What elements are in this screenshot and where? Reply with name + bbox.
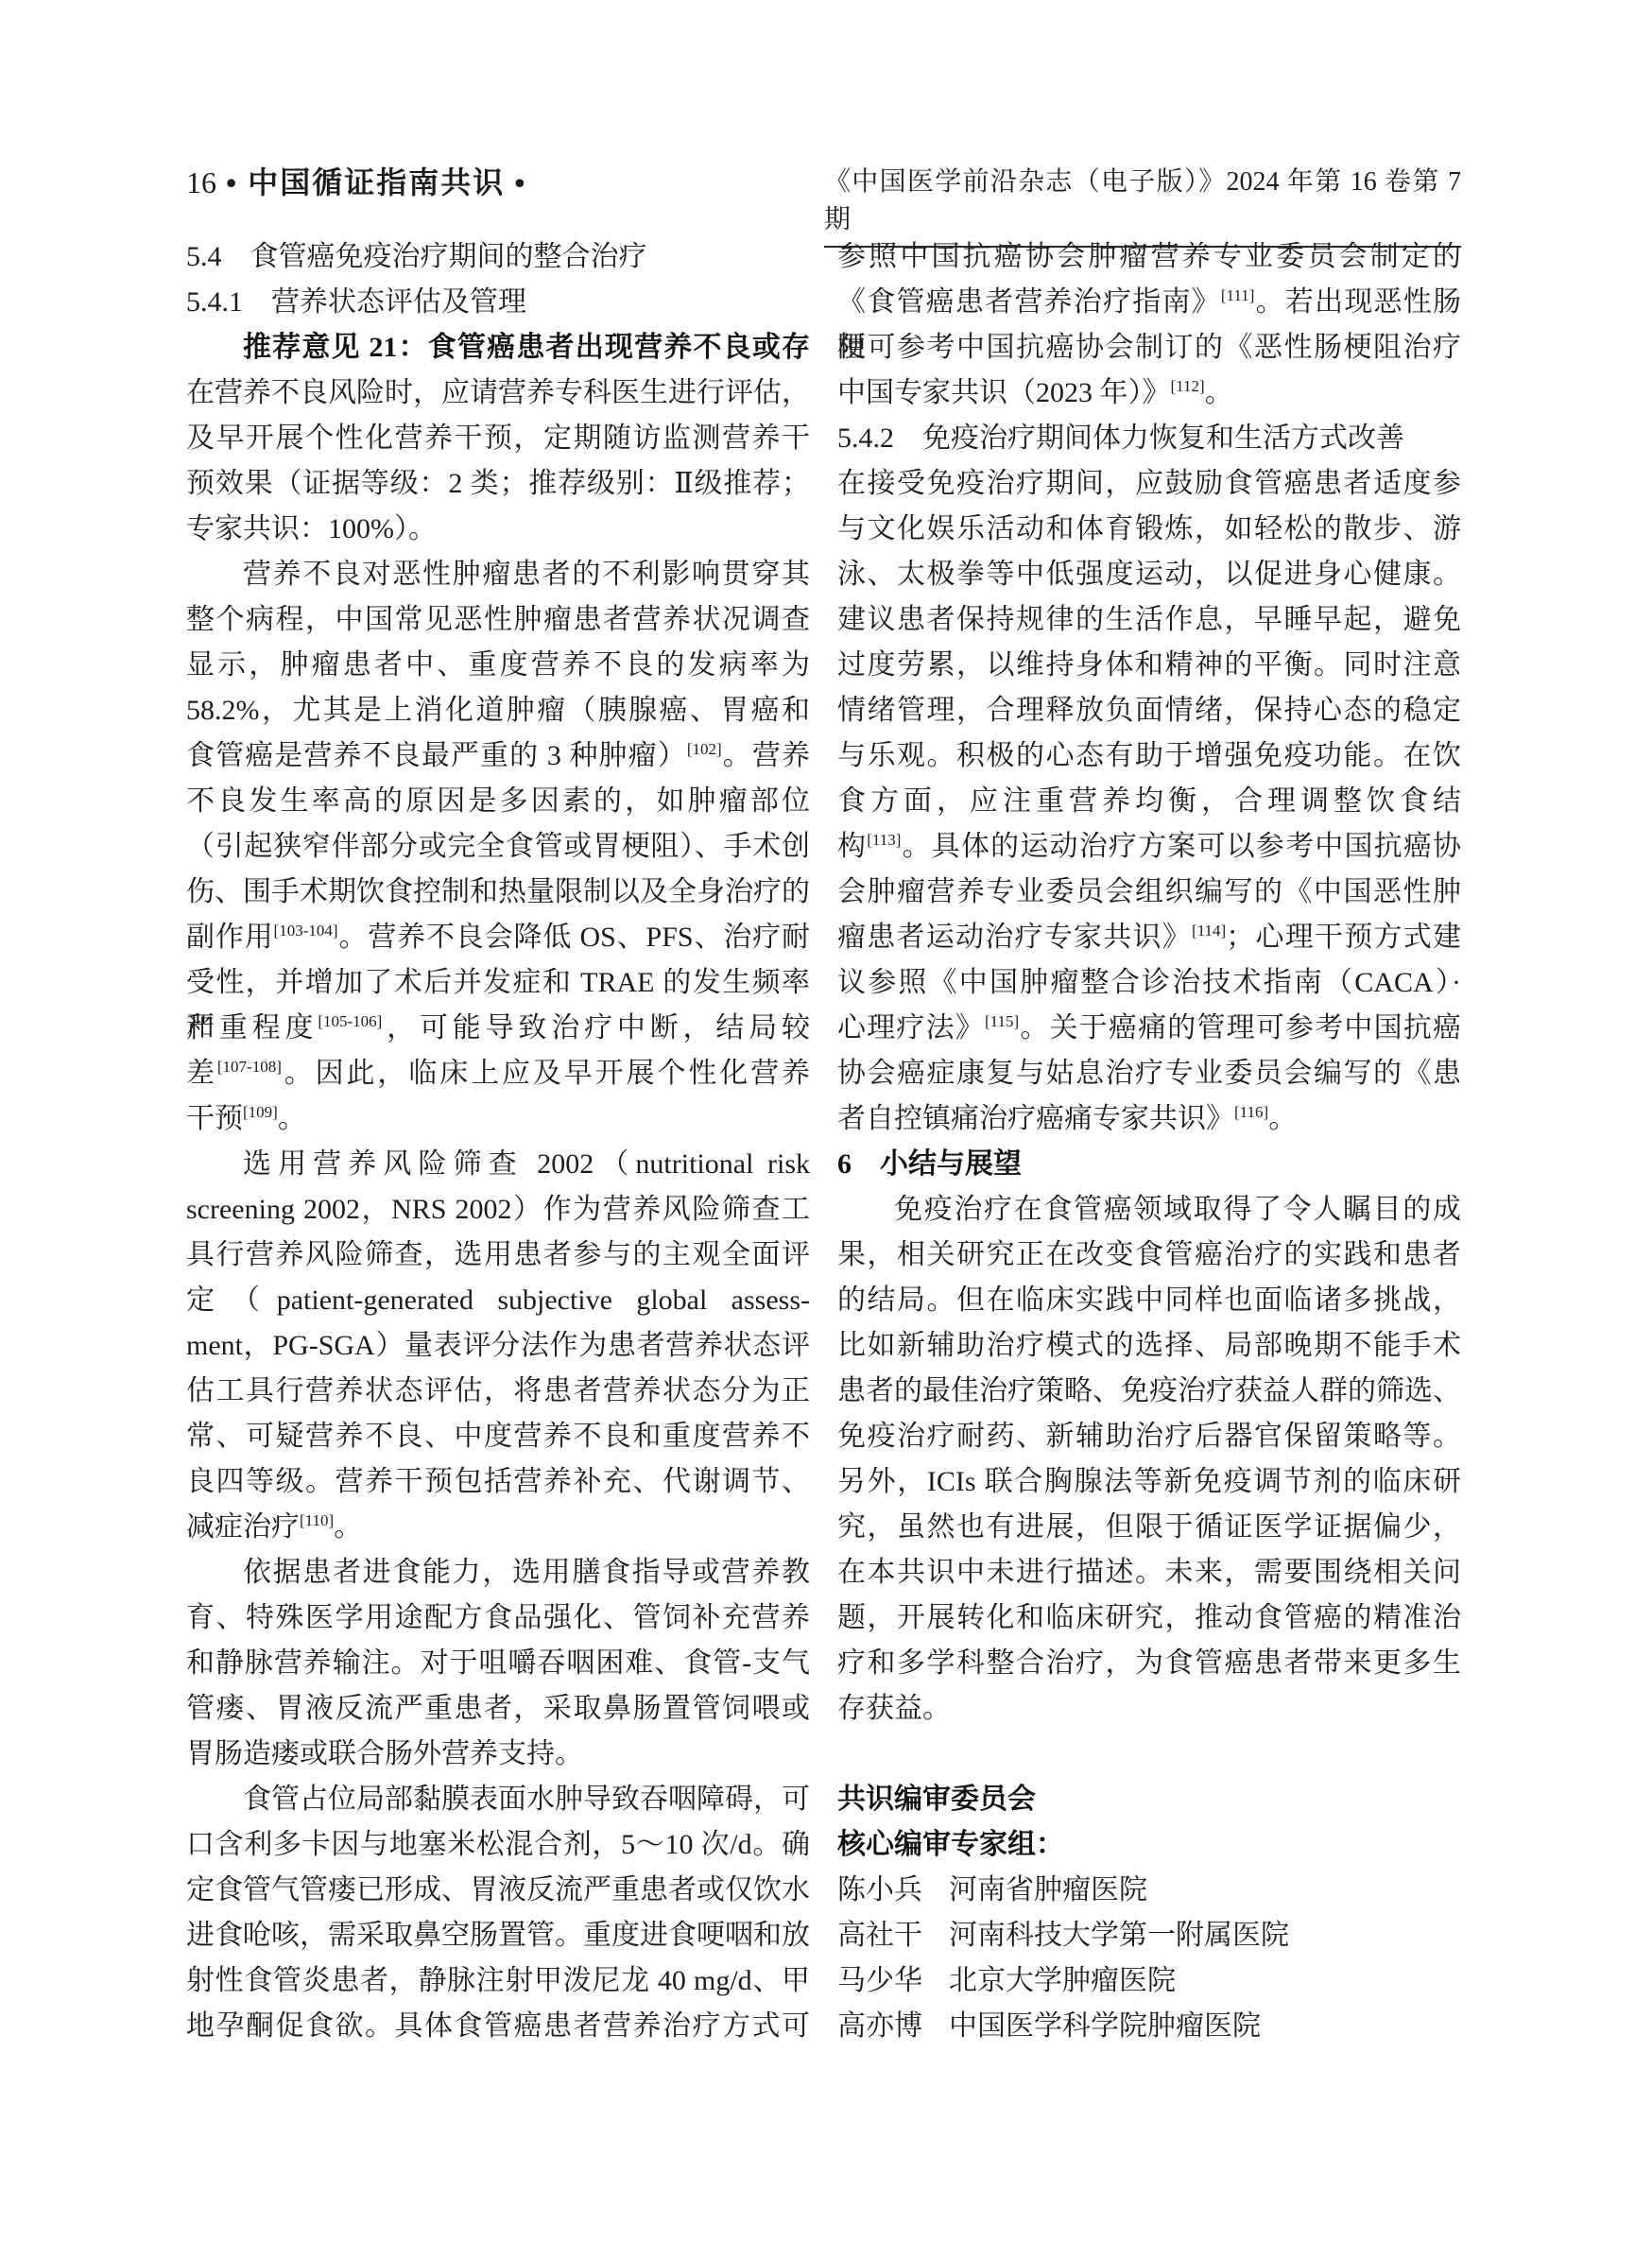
expert-name: 马少华: [837, 1958, 949, 2004]
reference-superscript: [105-106]: [318, 1012, 382, 1030]
text-line: 果，相关研究正在改变食管癌治疗的实践和患者: [837, 1233, 1461, 1278]
text-line: 育、特殊医学用途配方食品强化、管饲补充营养: [186, 1595, 810, 1641]
reference-superscript: [114]: [1192, 922, 1226, 940]
text-line: 建议患者保持规律的生活作息，早睡早起，避免: [837, 597, 1461, 643]
text-line: 推荐意见 21：食管癌患者出现营养不良或存: [186, 325, 810, 371]
text-line: 《食管癌患者营养治疗指南》[111]。若出现恶性肠梗: [837, 280, 1461, 325]
reference-superscript: [110]: [300, 1511, 334, 1529]
text-line: 选用营养风险筛查 2002（nutritional risk: [186, 1142, 810, 1187]
reference-superscript: [113]: [867, 831, 901, 849]
page-number: 16: [186, 165, 216, 199]
text-line: 阻可参考中国抗癌协会制订的《恶性肠梗阻治疗: [837, 325, 1461, 371]
page-header-left: 16• 中国循证指南共识 •: [186, 159, 526, 202]
text-line: 免疫治疗耐药、新辅助治疗后器官保留策略等。: [837, 1414, 1461, 1459]
text-line: 5.4 食管癌免疫治疗期间的整合治疗: [186, 234, 810, 280]
text-line: 泳、太极拳等中低强度运动，以促进身心健康。: [837, 552, 1461, 597]
text-line: [837, 1732, 1461, 1777]
text-line: 题，开展转化和临床研究，推动食管癌的精准治: [837, 1595, 1461, 1641]
text-line: 显示，肿瘤患者中、重度营养不良的发病率为: [186, 643, 810, 688]
text-line: 另外，ICIs 联合胸腺法等新免疫调节剂的临床研: [837, 1459, 1461, 1505]
reference-superscript: [115]: [985, 1012, 1019, 1030]
text-line: 核心编审专家组：: [837, 1822, 1461, 1868]
reference-superscript: [109]: [243, 1103, 278, 1121]
text-line: 议参照《中国肿瘤整合诊治技术指南（CACA）·: [837, 960, 1461, 1006]
text-line: 食方面，应注重营养均衡，合理调整饮食结: [837, 779, 1461, 824]
text-line: 患者的最佳治疗策略、免疫治疗获益人群的筛选、: [837, 1369, 1461, 1414]
text-line: 常、可疑营养不良、中度营养不良和重度营养不: [186, 1414, 810, 1459]
text-line: 参照中国抗癌协会肿瘤营养专业委员会制定的: [837, 234, 1461, 280]
column-title: • 中国循证指南共识 •: [226, 165, 526, 199]
text-line: 射性食管炎患者，静脉注射甲泼尼龙 40 mg/d、甲: [186, 1958, 810, 2004]
text-line: 伤、围手术期饮食控制和热量限制以及全身治疗的: [186, 870, 810, 915]
text-line: 地孕酮促食欲。具体食管癌患者营养治疗方式可: [186, 2004, 810, 2049]
right-column: 参照中国抗癌协会肿瘤营养专业委员会制定的《食管癌患者营养治疗指南》[111]。若…: [837, 234, 1461, 2049]
text-line: 情绪管理，合理释放负面情绪，保持心态的稳定: [837, 688, 1461, 733]
text-line: 免疫治疗在食管癌领域取得了令人瞩目的成: [837, 1187, 1461, 1233]
expert-org: 河南省肿瘤医院: [949, 1868, 1461, 1913]
journal-info: 《中国医学前沿杂志（电子版）》2024 年第 16 卷第 7 期: [824, 167, 1461, 234]
expert-name: 高亦博: [837, 2004, 949, 2049]
text-line: 和静脉营养输注。对于咀嚼吞咽困难、食管-支气: [186, 1641, 810, 1686]
text-line: （引起狭窄伴部分或完全食管或胃梗阻）、手术创: [186, 824, 810, 870]
expert-org: 河南科技大学第一附属医院: [949, 1913, 1461, 1958]
text-line: 究，虽然也有进展，但限于循证医学证据偏少，: [837, 1505, 1461, 1550]
text-line: 者自控镇痛治疗癌痛专家共识》[116]。: [837, 1096, 1461, 1142]
text-line: 在本共识中未进行描述。未来，需要围绕相关问: [837, 1550, 1461, 1595]
text-line: 会肿瘤营养专业委员会组织编写的《中国恶性肿: [837, 870, 1461, 915]
text-line: 预效果（证据等级：2 类；推荐级别：Ⅱ级推荐；: [186, 461, 810, 507]
text-line: 在营养不良风险时，应请营养专科医生进行评估，: [186, 371, 810, 416]
text-line: 定食管气管瘘已形成、胃液反流严重患者或仅饮水: [186, 1868, 810, 1913]
text-line: 在接受免疫治疗期间，应鼓励食管癌患者适度参: [837, 461, 1461, 507]
expert-row: 高亦博中国医学科学院肿瘤医院: [837, 2004, 1461, 2049]
text-line: 6 小结与展望: [837, 1142, 1461, 1187]
text-line: 具行营养风险筛查，选用患者参与的主观全面评: [186, 1233, 810, 1278]
text-line: 整个病程，中国常见恶性肿瘤患者营养状况调查: [186, 597, 810, 643]
text-line: 良四等级。营养干预包括营养补充、代谢调节、: [186, 1459, 810, 1505]
text-line: 的结局。但在临床实践中同样也面临诸多挑战，: [837, 1278, 1461, 1323]
text-line: 5.4.1 营养状态评估及管理: [186, 280, 810, 325]
text-line: 心理疗法》[115]。关于癌痛的管理可参考中国抗癌: [837, 1006, 1461, 1051]
text-line: 依据患者进食能力，选用膳食指导或营养教: [186, 1550, 810, 1595]
text-line: 食管癌是营养不良最严重的 3 种肿瘤）[102]。营养: [186, 733, 810, 779]
text-line: 中国专家共识（2023 年）》[112]。: [837, 371, 1461, 416]
expert-row: 马少华北京大学肿瘤医院: [837, 1958, 1461, 2004]
text-line: 存获益。: [837, 1686, 1461, 1732]
text-line: 估工具行营养状态评估，将患者营养状态分为正: [186, 1369, 810, 1414]
expert-row: 高社干河南科技大学第一附属医院: [837, 1913, 1461, 1958]
left-column: 5.4 食管癌免疫治疗期间的整合治疗5.4.1 营养状态评估及管理推荐意见 21…: [186, 234, 810, 2049]
expert-org: 中国医学科学院肿瘤医院: [949, 2004, 1461, 2049]
text-line: 5.4.2 免疫治疗期间体力恢复和生活方式改善: [837, 416, 1461, 461]
text-line: 共识编审委员会: [837, 1777, 1461, 1822]
text-line: 管瘘、胃液反流严重患者，采取鼻肠置管饲喂或: [186, 1686, 810, 1732]
text-line: 疗和多学科整合治疗，为食管癌患者带来更多生: [837, 1641, 1461, 1686]
text-line: 与文化娱乐活动和体育锻炼，如轻松的散步、游: [837, 507, 1461, 552]
text-line: 过度劳累，以维持身体和精神的平衡。同时注意: [837, 643, 1461, 688]
journal-page: 16• 中国循证指南共识 • 《中国医学前沿杂志（电子版）》2024 年第 16…: [0, 0, 1652, 2259]
reference-superscript: [116]: [1234, 1103, 1268, 1121]
expert-name: 高社干: [837, 1913, 949, 1958]
reference-superscript: [111]: [1221, 286, 1255, 304]
text-line: 差[107-108]。因此，临床上应及早开展个性化营养: [186, 1051, 810, 1096]
text-line: 与乐观。积极的心态有助于增强免疫功能。在饮: [837, 733, 1461, 779]
text-line: 定（patient-generated subjective global as…: [186, 1278, 810, 1323]
reference-superscript: [102]: [687, 740, 722, 758]
text-line: 受性，并增加了术后并发症和 TRAE 的发生频率和: [186, 960, 810, 1006]
text-line: 比如新辅助治疗模式的选择、局部晚期不能手术: [837, 1323, 1461, 1369]
reference-superscript: [107-108]: [217, 1058, 282, 1076]
text-line: 副作用[103-104]。营养不良会降低 OS、PFS、治疗耐: [186, 915, 810, 960]
expert-row: 陈小兵河南省肿瘤医院: [837, 1868, 1461, 1913]
text-line: screening 2002，NRS 2002）作为营养风险筛查工: [186, 1187, 810, 1233]
expert-org: 北京大学肿瘤医院: [949, 1958, 1461, 2004]
text-line: 进食呛咳，需采取鼻空肠置管。重度进食哽咽和放: [186, 1913, 810, 1958]
text-line: 不良发生率高的原因是多因素的，如肿瘤部位: [186, 779, 810, 824]
text-line: 协会癌症康复与姑息治疗专业委员会编写的《患: [837, 1051, 1461, 1096]
text-line: 减症治疗[110]。: [186, 1505, 810, 1550]
text-line: 胃肠造瘘或联合肠外营养支持。: [186, 1732, 810, 1777]
text-line: 营养不良对恶性肿瘤患者的不利影响贯穿其: [186, 552, 810, 597]
text-line: 构[113]。具体的运动治疗方案可以参考中国抗癌协: [837, 824, 1461, 870]
expert-name: 陈小兵: [837, 1868, 949, 1913]
text-line: 口含利多卡因与地塞米松混合剂，5～10 次/d。确: [186, 1822, 810, 1868]
text-line: 干预[109]。: [186, 1096, 810, 1142]
text-line: 58.2%，尤其是上消化道肿瘤（胰腺癌、胃癌和: [186, 688, 810, 733]
text-line: 严重程度[105-106]，可能导致治疗中断，结局较: [186, 1006, 810, 1051]
text-line: 瘤患者运动治疗专家共识》[114]；心理干预方式建: [837, 915, 1461, 960]
text-line: ment，PG-SGA）量表评分法作为患者营养状态评: [186, 1323, 810, 1369]
reference-superscript: [103-104]: [274, 922, 338, 940]
text-line: 专家共识：100%）。: [186, 507, 810, 552]
text-line: 及早开展个性化营养干预，定期随访监测营养干: [186, 416, 810, 461]
text-line: 食管占位局部黏膜表面水肿导致吞咽障碍，可: [186, 1777, 810, 1822]
reference-superscript: [112]: [1171, 377, 1205, 395]
